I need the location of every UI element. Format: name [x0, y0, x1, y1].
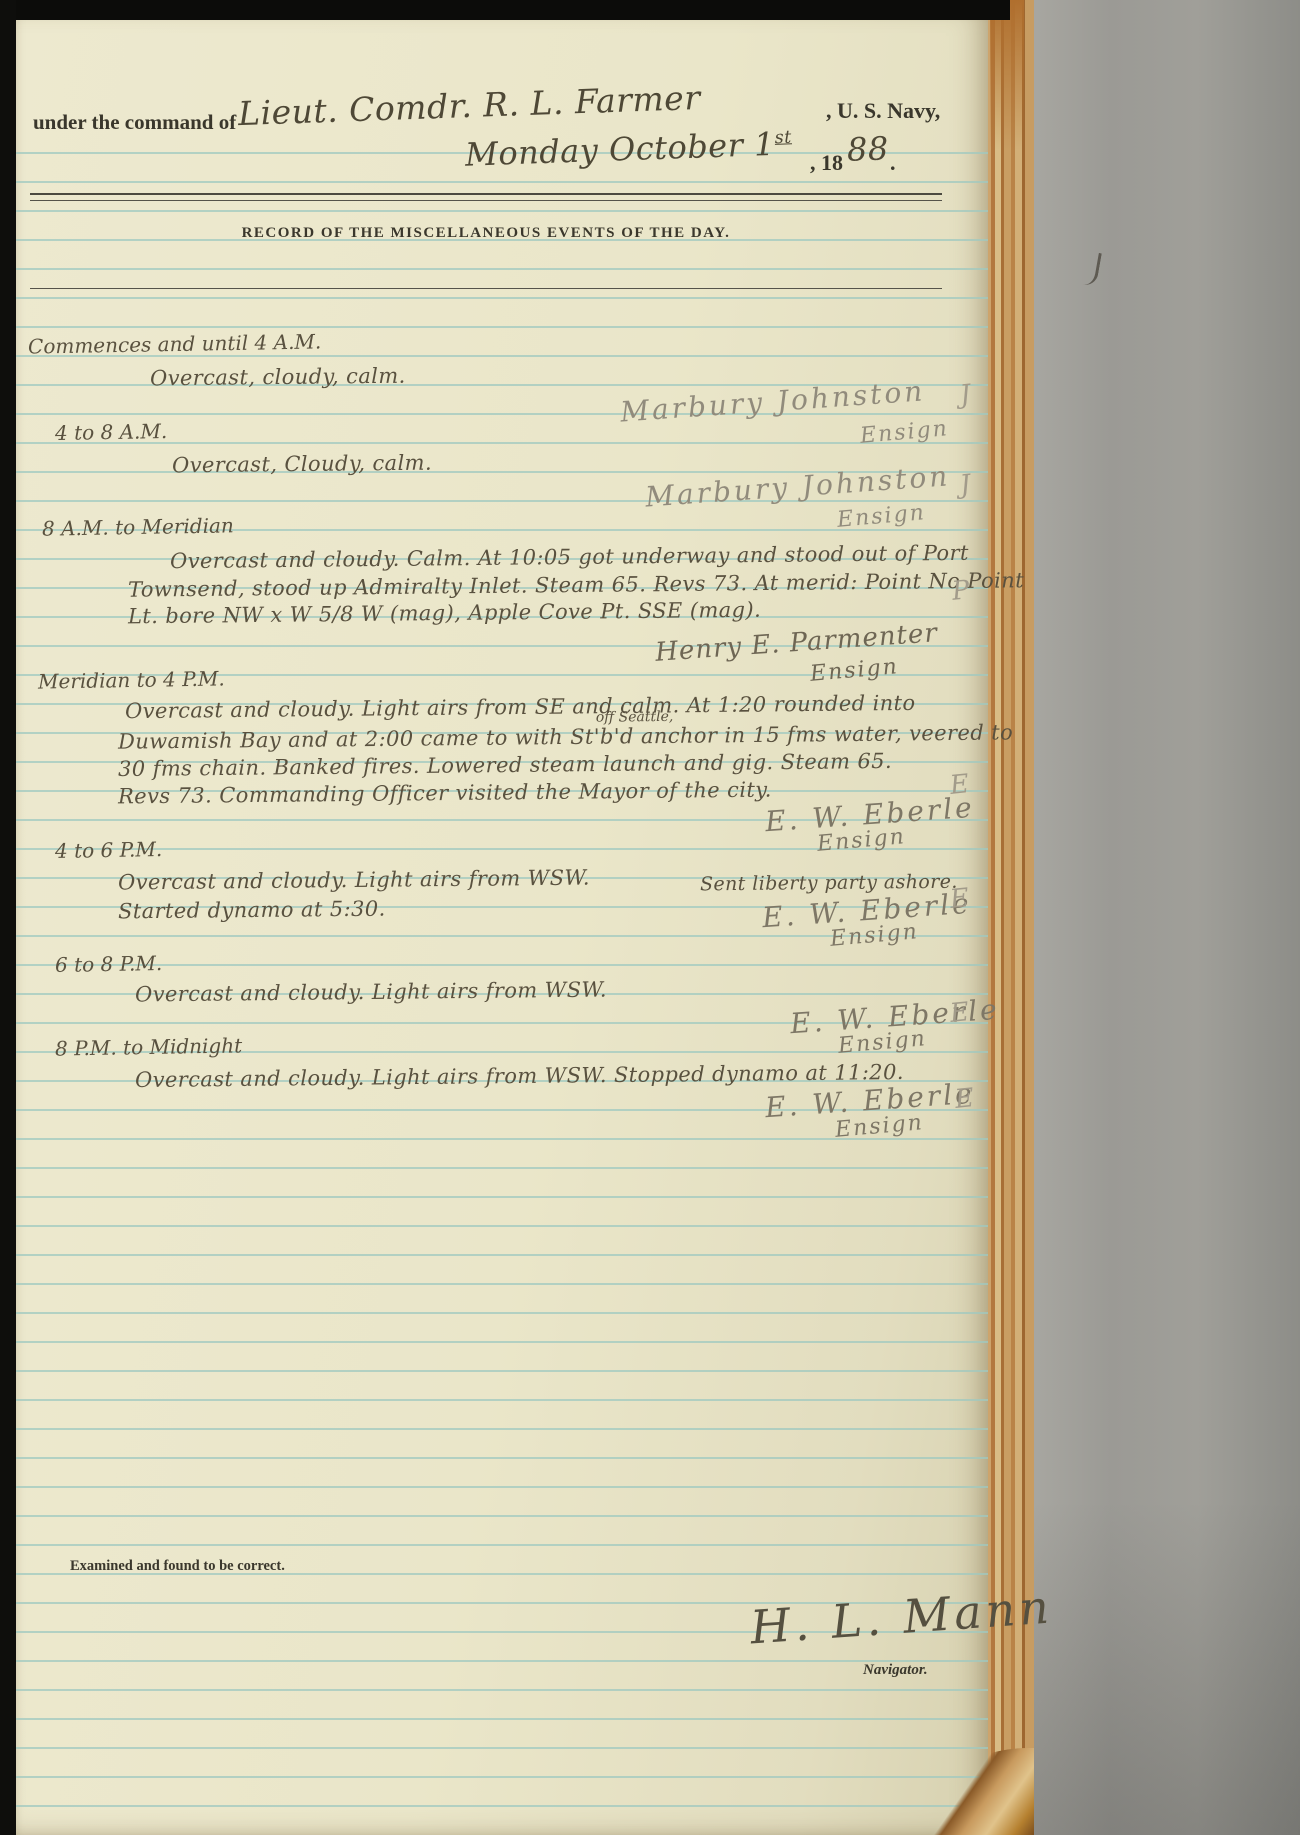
entry-line: Overcast and cloudy. Light airs from WSW…	[135, 978, 607, 1007]
entry-heading: Meridian to 4 P.M.	[38, 666, 225, 693]
entry-line: Started dynamo at 5:30.	[118, 897, 386, 924]
printed-navy-suffix: , U. S. Navy,	[826, 98, 940, 124]
margin-mark: P	[950, 575, 971, 607]
entry-heading: Commences and until 4 A.M.	[28, 329, 322, 358]
scan-border-top	[0, 0, 1010, 20]
scan-border-left	[0, 0, 16, 1835]
entry-line: Overcast, Cloudy, calm.	[172, 451, 432, 478]
page-caption: RECORD OF THE MISCELLANEOUS EVENTS OF TH…	[30, 225, 942, 242]
year-handwritten: 88	[846, 129, 889, 168]
examined-statement: Examined and found to be correct.	[70, 1558, 285, 1575]
header-divider	[30, 193, 942, 201]
navigator-label: Navigator.	[863, 1662, 928, 1679]
entry-line: Overcast, cloudy, calm.	[150, 364, 406, 391]
caption-divider	[30, 288, 942, 289]
entry-heading: 8 A.M. to Meridian	[42, 513, 234, 540]
book-page-edges-tint	[990, 0, 1024, 150]
entry-heading: 6 to 8 P.M.	[55, 951, 163, 977]
printed-command-prefix: under the command of	[33, 110, 236, 135]
margin-mark: E	[953, 1083, 975, 1115]
margin-mark: E	[948, 769, 970, 801]
printed-period: .	[890, 150, 896, 176]
scanner-shadow	[1030, 1500, 1300, 1835]
margin-mark: E	[948, 997, 970, 1029]
entry-heading: 4 to 6 P.M.	[55, 837, 163, 863]
interline-insertion: off Seattle,	[596, 709, 674, 726]
margin-mark: E	[948, 883, 970, 915]
printed-year-prefix: , 18	[810, 150, 843, 176]
entry-line: Overcast and cloudy. Light airs from WSW…	[118, 866, 590, 895]
book-page-edges	[986, 0, 1034, 1835]
date-ordinal: st	[774, 128, 792, 149]
logbook-scan: under the command of Lieut. Comdr. R. L.…	[0, 0, 1300, 1835]
entry-heading: 8 P.M. to Midnight	[55, 1033, 243, 1060]
logbook-page: under the command of Lieut. Comdr. R. L.…	[15, 18, 988, 1835]
entry-heading: 4 to 8 A.M.	[55, 419, 168, 445]
